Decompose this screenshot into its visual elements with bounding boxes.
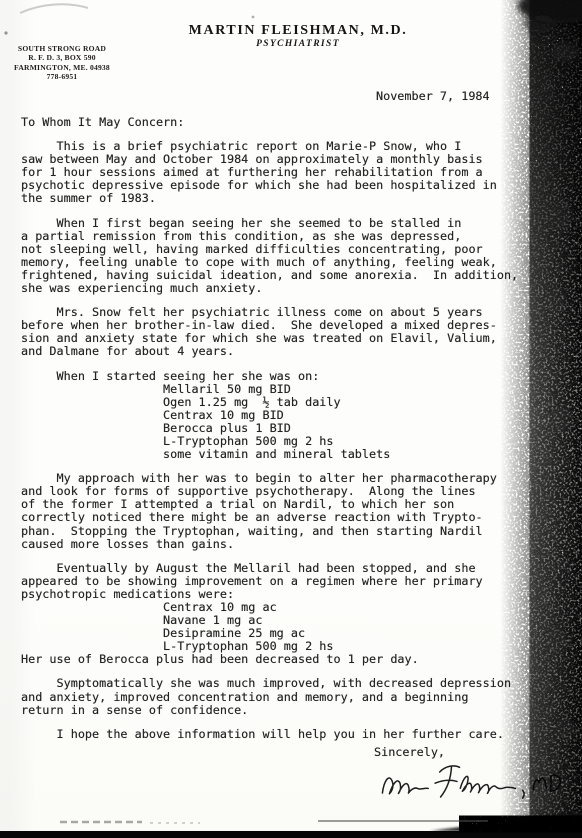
signature-stroke: [382, 777, 429, 794]
signature-stroke: [460, 775, 516, 795]
letterhead-doctor-name: MARTIN FLEISHMAN, M.D.: [0, 23, 582, 39]
signature-handwriting: [375, 749, 563, 811]
letter-date: November 7, 1984: [376, 90, 490, 103]
letter-body: To Whom It May Concern: This is a brief …: [21, 116, 561, 741]
letterhead-address: SOUTH STRONG ROAD R. F. D. 3, BOX 590 FA…: [6, 44, 118, 82]
letter-paragraph: My approach with her was to begin to alt…: [21, 472, 561, 551]
letter-paragraph-medication-list: Eventually by August the Mellaril had be…: [21, 562, 561, 667]
letter-paragraph: Symptomatically she was much improved, w…: [21, 677, 561, 716]
signature-stroke: [522, 790, 524, 798]
letter-paragraph: When I first began seeing her she seemed…: [21, 217, 561, 296]
scanned-letter-page: MARTIN FLEISHMAN, M.D. PSYCHIATRIST SOUT…: [0, 0, 582, 838]
letter-paragraph: This is a brief psychiatric report on Ma…: [21, 140, 561, 205]
letter-paragraph: I hope the above information will help y…: [21, 728, 561, 741]
letter-paragraph-medication-list: When I started seeing her she was on: Me…: [21, 370, 561, 462]
salutation: To Whom It May Concern:: [21, 116, 561, 129]
signature-stroke: [435, 766, 461, 797]
scan-bottom-bar: [0, 812, 582, 838]
signature-stroke: [533, 775, 561, 792]
letter-paragraph: Mrs. Snow felt her psychiatric illness c…: [21, 306, 561, 358]
